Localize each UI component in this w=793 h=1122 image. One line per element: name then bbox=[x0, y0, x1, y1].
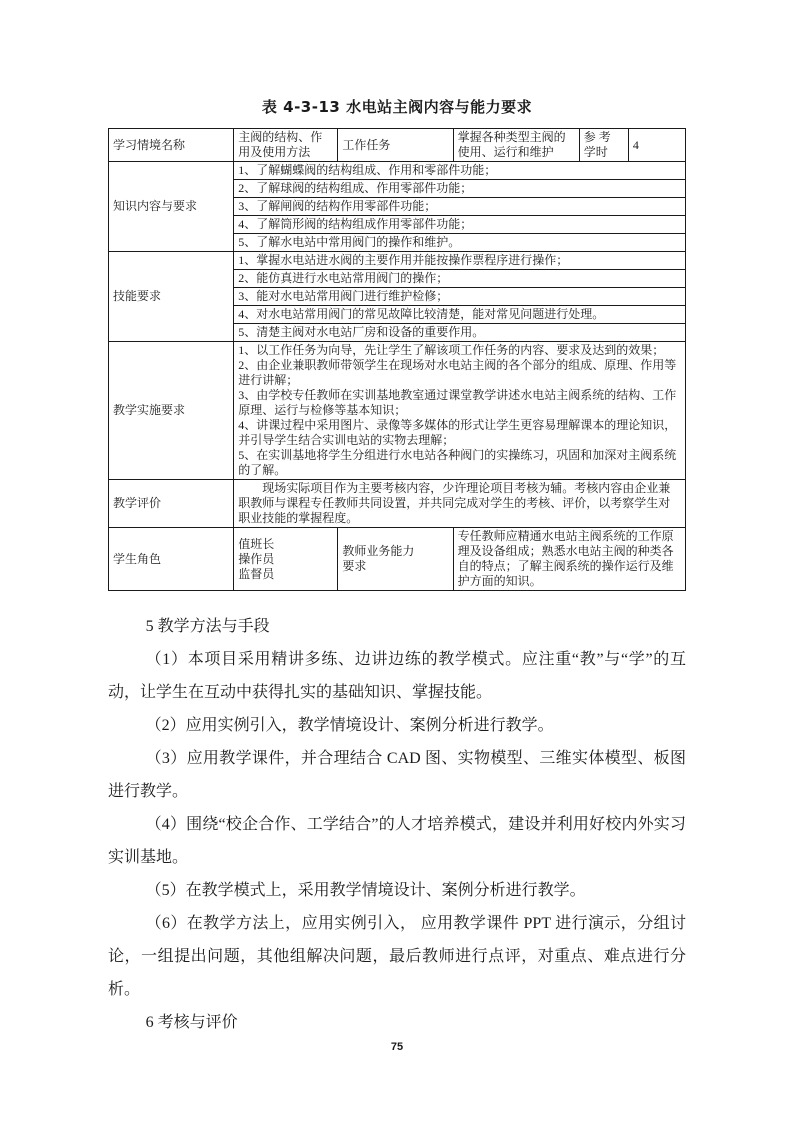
knowledge-row: 知识内容与要求 1、了解蝴蝶阀的结构组成、作用和零部件功能； bbox=[109, 162, 686, 180]
reference-hours-value-cell: 4 bbox=[628, 129, 685, 162]
knowledge-item-cell: 5、了解水电站中常用阀门的操作和维护。 bbox=[234, 234, 686, 252]
page-number: 75 bbox=[108, 1040, 686, 1054]
body-paragraph: （5）在教学模式上，采用教学情境设计、案例分析进行教学。 bbox=[108, 874, 686, 907]
table-title: 表 4-3-13 水电站主阀内容与能力要求 bbox=[108, 97, 686, 118]
knowledge-item-cell: 3、了解闸阀的结构作用零部件功能； bbox=[234, 198, 686, 216]
task-value-cell: 掌握各种类型主阀的使用、运行和维护 bbox=[453, 129, 579, 162]
body-paragraph: （6）在教学方法上，应用实例引入， 应用教学课件 PPT 进行演示，分组讨论，一… bbox=[108, 907, 686, 1006]
body-paragraph: （3）应用教学课件，并合理结合 CAD 图、实物模型、三维实体模型、板图进行教学… bbox=[108, 742, 686, 808]
implementation-item: 5、在实训基地将学生分组进行水电站各种阀门的实操练习，巩固和加深对主阀系统的了解… bbox=[238, 448, 681, 478]
situation-label-cell: 学习情境名称 bbox=[109, 129, 234, 162]
knowledge-label-cell: 知识内容与要求 bbox=[109, 162, 234, 252]
skills-item-cell: 1、掌握水电站进水阀的主要作用并能按操作票程序进行操作； bbox=[234, 252, 686, 270]
implementation-item: 3、由学校专任教师在实训基地教室通过课堂教学讲述水电站主阀系统的结构、工作原理、… bbox=[238, 388, 681, 418]
task-label-cell: 工作任务 bbox=[338, 129, 453, 162]
document-page: 表 4-3-13 水电站主阀内容与能力要求 学习情境名称 主阀的结构、作用及使用… bbox=[0, 0, 793, 1122]
student-role-label-cell: 学生角色 bbox=[109, 528, 234, 591]
skills-row: 技能要求 1、掌握水电站进水阀的主要作用并能按操作票程序进行操作； bbox=[109, 252, 686, 270]
implementation-item: 1、以工作任务为向导，先让学生了解该项工作任务的内容、要求及达到的效果； bbox=[238, 343, 681, 358]
table-header-row: 学习情境名称 主阀的结构、作用及使用方法 工作任务 掌握各种类型主阀的使用、运行… bbox=[109, 129, 686, 162]
evaluation-content-cell: 现场实际项目作为主要考核内容，少许理论项目考核为辅。考核内容由企业兼职教师与课程… bbox=[234, 480, 686, 528]
requirements-table: 学习情境名称 主阀的结构、作用及使用方法 工作任务 掌握各种类型主阀的使用、运行… bbox=[108, 128, 686, 591]
section-5-heading: 5 教学方法与手段 bbox=[108, 610, 686, 643]
skills-item-cell: 2、能仿真进行水电站常用阀门的操作； bbox=[234, 270, 686, 288]
implementation-content-cell: 1、以工作任务为向导，先让学生了解该项工作任务的内容、要求及达到的效果； 2、由… bbox=[234, 342, 686, 480]
skills-label-cell: 技能要求 bbox=[109, 252, 234, 342]
teacher-ability-text-cell: 专任教师应精通水电站主阀系统的工作原理及设备组成；熟悉水电站主阀的种类各自的特点… bbox=[453, 528, 685, 591]
skills-item-cell: 3、能对水电站常用阀门进行维护检修； bbox=[234, 288, 686, 306]
evaluation-label-cell: 教学评价 bbox=[109, 480, 234, 528]
skills-item-cell: 5、清楚主阀对水电站厂房和设备的重要作用。 bbox=[234, 324, 686, 342]
body-paragraph: （4）围绕“校企合作、工学结合”的人才培养模式，建设并利用好校内外实习实训基地。 bbox=[108, 808, 686, 874]
knowledge-item-cell: 2、了解球阀的结构组成、作用零部件功能； bbox=[234, 180, 686, 198]
reference-hours-label-cell: 参 考 学时 bbox=[579, 129, 628, 162]
implementation-label-cell: 教学实施要求 bbox=[109, 342, 234, 480]
implementation-item: 4、讲课过程中采用图片、录像等多媒体的形式让学生更容易理解课本的理论知识，并引导… bbox=[238, 418, 681, 448]
student-roles-cell: 值班长 操作员 监督员 bbox=[234, 528, 338, 591]
student-role-row: 学生角色 值班长 操作员 监督员 教师业务能力 要求 专任教师应精通水电站主阀系… bbox=[109, 528, 686, 591]
implementation-item: 2、由企业兼职教师带领学生在现场对水电站主阀的各个部分的组成、原理、作用等进行讲… bbox=[238, 358, 681, 388]
student-role-item: 值班长 bbox=[238, 537, 333, 552]
situation-value-cell: 主阀的结构、作用及使用方法 bbox=[234, 129, 338, 162]
body-paragraph: （1）本项目采用精讲多练、边讲边练的教学模式。应注重“教”与“学”的互动，让学生… bbox=[108, 643, 686, 709]
teacher-ability-label-cell: 教师业务能力 要求 bbox=[338, 528, 453, 591]
body-paragraph: （2）应用实例引入，教学情境设计、案例分析进行教学。 bbox=[108, 709, 686, 742]
student-role-item: 监督员 bbox=[238, 567, 333, 582]
section-6-heading: 6 考核与评价 bbox=[108, 1006, 686, 1039]
skills-item-cell: 4、对水电站常用阀门的常见故障比较清楚，能对常见问题进行处理。 bbox=[234, 306, 686, 324]
knowledge-item-cell: 4、了解筒形阀的结构组成作用零部件功能； bbox=[234, 216, 686, 234]
body-text: 5 教学方法与手段 （1）本项目采用精讲多练、边讲边练的教学模式。应注重“教”与… bbox=[108, 610, 686, 1039]
implementation-row: 教学实施要求 1、以工作任务为向导，先让学生了解该项工作任务的内容、要求及达到的… bbox=[109, 342, 686, 480]
evaluation-text: 现场实际项目作为主要考核内容，少许理论项目考核为辅。考核内容由企业兼职教师与课程… bbox=[238, 481, 681, 526]
student-role-item: 操作员 bbox=[238, 552, 333, 567]
evaluation-row: 教学评价 现场实际项目作为主要考核内容，少许理论项目考核为辅。考核内容由企业兼职… bbox=[109, 480, 686, 528]
knowledge-item-cell: 1、了解蝴蝶阀的结构组成、作用和零部件功能； bbox=[234, 162, 686, 180]
